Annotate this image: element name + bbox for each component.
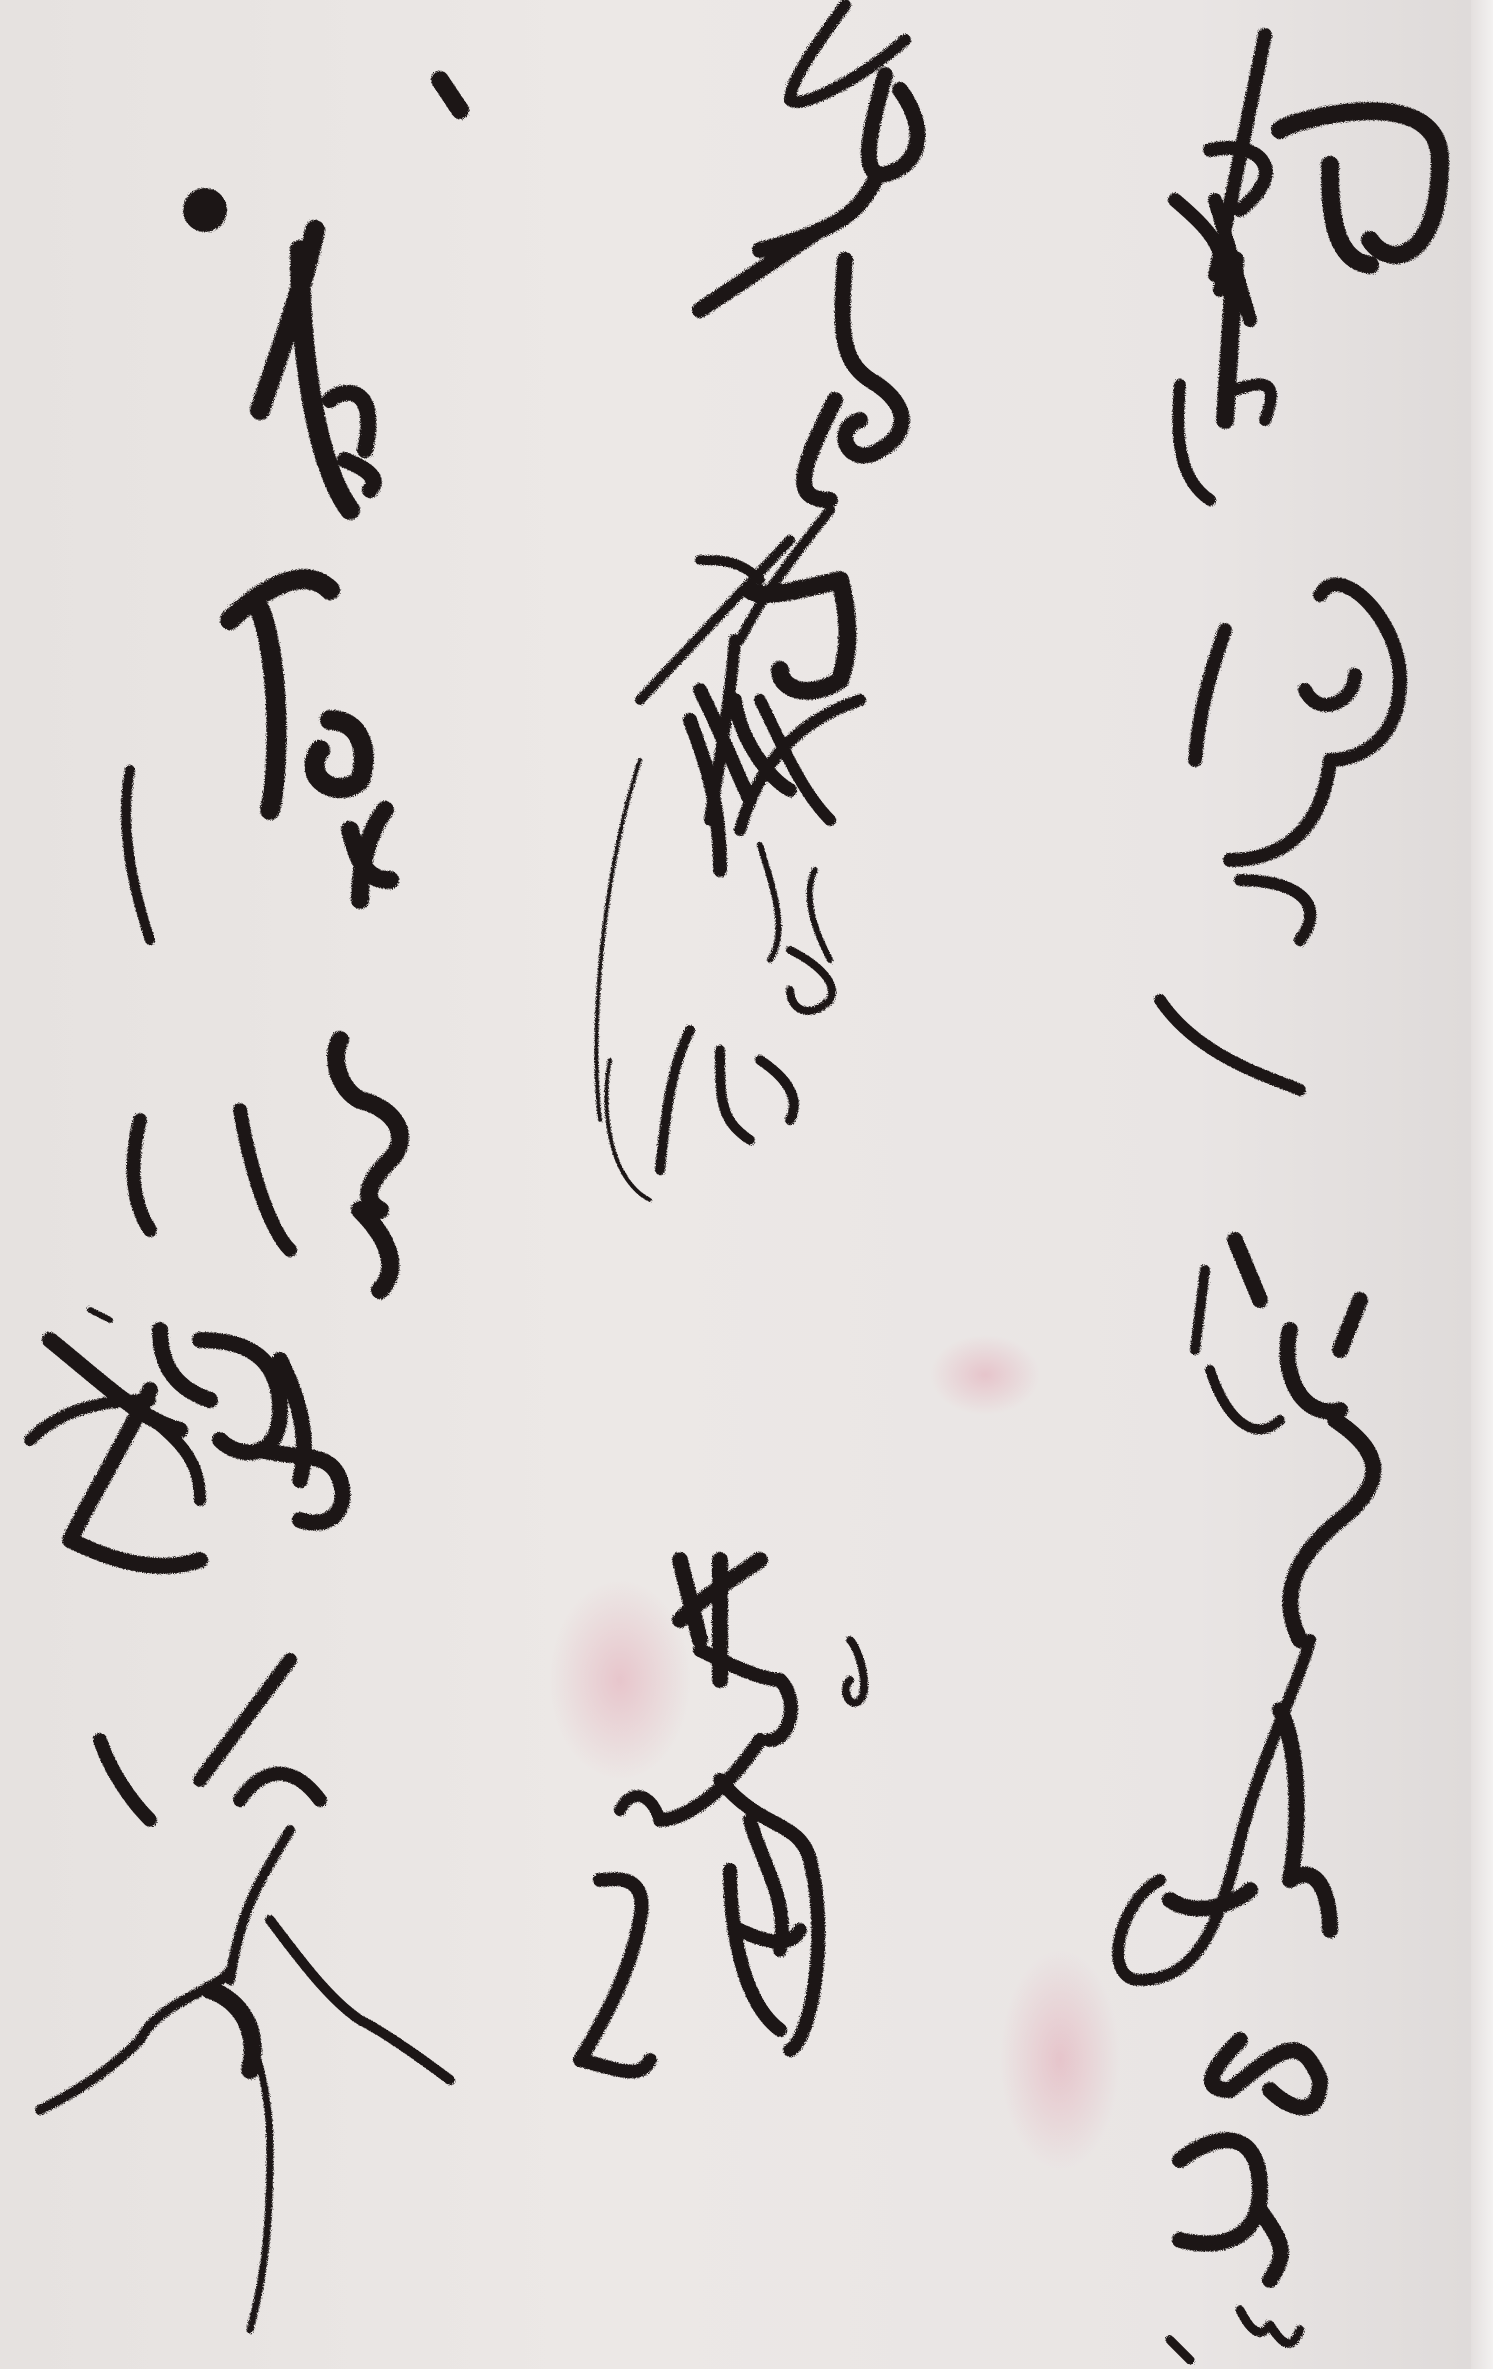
column-left: [30, 80, 460, 2330]
column-right: [1118, 35, 1440, 2360]
seal-smudges: [550, 1335, 1120, 2170]
calligraphy-artwork: [0, 0, 1493, 2369]
